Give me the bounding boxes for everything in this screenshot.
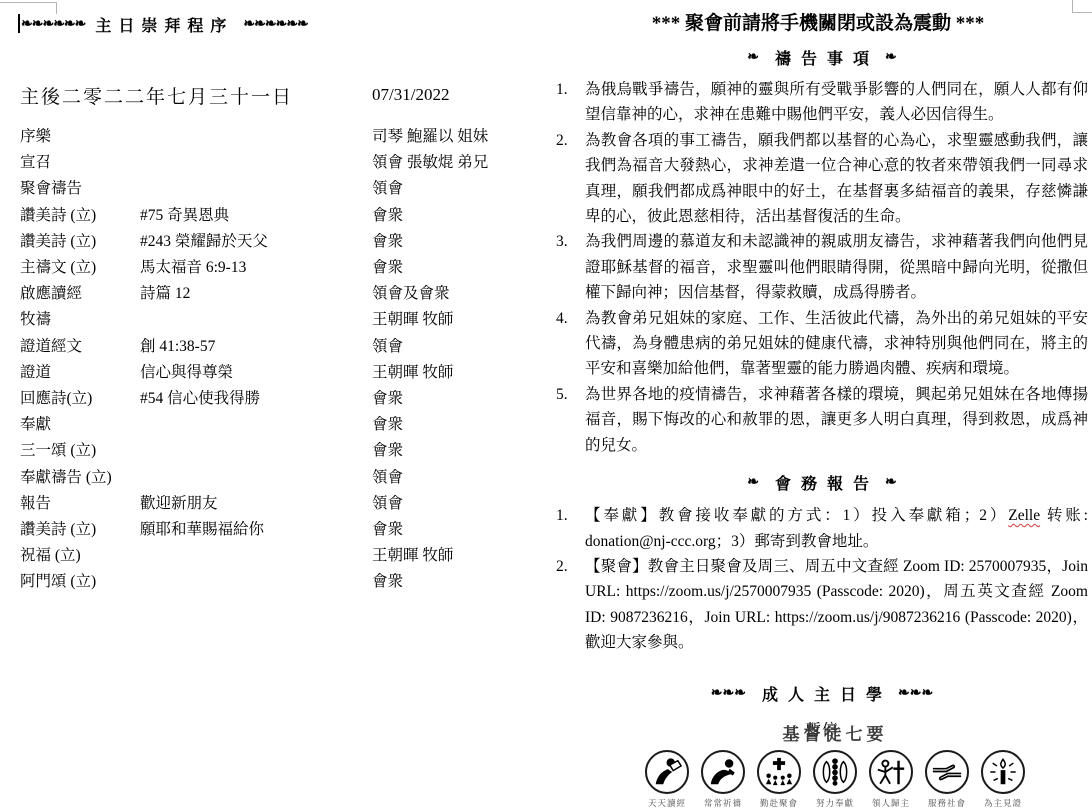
program-item-label: 奉獻禱告 (立): [20, 465, 140, 487]
prayer-item-number: 1.: [556, 77, 585, 128]
program-row: 讚美詩 (立) #243 榮耀歸於天父 會衆: [20, 227, 560, 253]
offering-text-pre: 【奉獻】教會接收奉獻的方式：1）投入奉獻箱；2）: [585, 507, 1008, 524]
program-row: 證道 信心與得尊榮 王朝暉 牧師: [20, 358, 560, 384]
right-column: ❧ 禱告事項 ❧ 1. 為俄烏戰爭禱告，願神的靈與所有受戰爭影響的人們同在，願人…: [556, 46, 1088, 740]
program-item-label: 證道: [20, 360, 140, 382]
program-item-role: 王朝暉 牧師: [372, 360, 560, 382]
prayer-item: 4. 為教會弟兄姐妹的家庭、工作、生活彼此代禱，為外出的弟兄姐妹的平安代禱，為身…: [556, 306, 1088, 382]
program-item-role: 會衆: [372, 517, 560, 539]
program-item-label: 序樂: [20, 124, 140, 146]
prayer-item-number: 5.: [556, 382, 585, 458]
sunday-school-title: 成人主日學: [762, 682, 892, 705]
program-item-label: 祝福 (立): [20, 543, 140, 565]
program-item-label: 讚美詩 (立): [20, 203, 140, 225]
seven-essentials-image: 基督徒七要 天天讀經 常常祈禱 勤赴聚會: [600, 720, 1070, 809]
program-item-label: 啟應讀經: [20, 281, 140, 303]
program-item-label: 回應詩(立): [20, 386, 140, 408]
date-western: 07/31/2022: [372, 85, 449, 105]
program-item-label: 讚美詩 (立): [20, 517, 140, 539]
program-item-detail: 詩篇 12: [140, 281, 372, 303]
zelle-word-spellcheck: Zelle: [1008, 507, 1040, 524]
essential-label: 天天讀經: [648, 797, 686, 809]
seven-essentials-title: 基督徒七要: [600, 720, 1070, 745]
program-item-label: 報告: [20, 491, 140, 513]
program-row: 證道經文 創 41:38-57 領會: [20, 332, 560, 358]
essential-label: 為主見證: [984, 797, 1022, 809]
program-item-role: 王朝暉 牧師: [372, 543, 560, 565]
program-item-label: 宣召: [20, 150, 140, 172]
program-item-role: 領會: [372, 465, 560, 487]
page-title: 主日崇拜程序: [95, 13, 233, 36]
prayer-item: 1. 為俄烏戰爭禱告，願神的靈與所有受戰爭影響的人們同在，願人人都有仰望信靠神的…: [556, 77, 1088, 128]
worship-program-table: 序樂 司琴 鮑羅以 姐妹 宣召 領會 張敏焜 弟兄 聚會禱告 領會 讚美詩 (立…: [20, 122, 560, 593]
program-item-label: 奉獻: [20, 412, 140, 434]
program-row: 宣召 領會 張敏焜 弟兄: [20, 148, 560, 174]
program-row: 序樂 司琴 鮑羅以 姐妹: [20, 122, 560, 148]
worship-program-header: ❧❧❧❧❧❧ 主日崇拜程序 ❧❧❧❧❧❧: [21, 13, 308, 36]
floral-ornament-icon: ❧: [885, 474, 897, 491]
program-item-label: 讚美詩 (立): [20, 229, 140, 251]
essential-label: 領人歸主: [872, 797, 910, 809]
program-row: 奉獻 會衆: [20, 410, 560, 436]
program-item-detail: 願耶和華賜福給你: [140, 517, 372, 539]
program-item-role: 會衆: [372, 386, 560, 408]
program-row: 三一頌 (立) 會衆: [20, 436, 560, 462]
prayer-item: 3. 為我們周邊的慕道友和未認識神的親戚朋友禱告，求神藉著我們向他們見證耶穌基督…: [556, 229, 1088, 305]
essential-constant-prayer: 常常祈禱: [699, 750, 747, 809]
program-item-label: 阿門頌 (立): [20, 569, 140, 591]
seven-essentials-icons-row: 天天讀經 常常祈禱 勤赴聚會 努力奉獻: [600, 750, 1070, 809]
program-item-role: 領會 張敏焜 弟兄: [372, 150, 560, 172]
scroll-ornament-icon: ❧❧❧❧❧❧: [21, 16, 85, 33]
floral-ornament-icon: ❧: [885, 49, 897, 66]
program-item-detail: 歡迎新朋友: [140, 491, 372, 513]
prayer-item-text: 為俄烏戰爭禱告，願神的靈與所有受戰爭影響的人們同在，願人人都有仰望信靠神的心，求…: [585, 77, 1088, 128]
loaves-fishes-icon: [813, 750, 857, 794]
floral-ornament-icon: ❧❧❧: [711, 685, 746, 702]
announcement-item-number: 1.: [556, 503, 585, 554]
program-item-label: 證道經文: [20, 334, 140, 356]
announcements-section-title: 會務報告: [775, 471, 879, 494]
program-item-role: 會衆: [372, 203, 560, 225]
prayer-items-list: 1. 為俄烏戰爭禱告，願神的靈與所有受戰爭影響的人們同在，願人人都有仰望信靠神的…: [556, 77, 1088, 458]
program-row: 主禱文 (立) 馬太福音 6:9-13 會衆: [20, 253, 560, 279]
program-item-role: 會衆: [372, 255, 560, 277]
announcement-item-text: 【聚會】教會主日聚會及周三、周五中文查經 Zoom ID: 2570007935…: [585, 554, 1088, 656]
program-item-detail: 馬太福音 6:9-13: [140, 255, 372, 277]
program-item-role: 領會: [372, 334, 560, 356]
essential-label: 勤赴聚會: [760, 797, 798, 809]
program-row: 祝福 (立) 王朝暉 牧師: [20, 541, 560, 567]
program-item-detail: 創 41:38-57: [140, 334, 372, 356]
program-row: 報告 歡迎新朋友 領會: [20, 489, 560, 515]
program-row: 讚美詩 (立) #75 奇異恩典 會衆: [20, 201, 560, 227]
program-item-detail: #75 奇異恩典: [140, 203, 372, 225]
kneeling-prayer-icon: [701, 750, 745, 794]
announcement-item-meetings: 2. 【聚會】教會主日聚會及周三、周五中文查經 Zoom ID: 2570007…: [556, 554, 1088, 656]
program-item-role: 領會及會衆: [372, 281, 560, 303]
essential-daily-bible-reading: 天天讀經: [643, 750, 691, 809]
program-item-role: 王朝暉 牧師: [372, 307, 560, 329]
essential-label: 常常祈禱: [704, 797, 742, 809]
program-item-label: 三一頌 (立): [20, 438, 140, 460]
program-row: 奉獻禱告 (立) 領會: [20, 462, 560, 488]
text-cursor-caret: [18, 14, 20, 33]
serving-hands-icon: [925, 750, 969, 794]
program-row: 牧禱 王朝暉 牧師: [20, 305, 560, 331]
program-item-role: 會衆: [372, 569, 560, 591]
prayer-item-text: 為我們周邊的慕道友和未認識神的親戚朋友禱告，求神藉著我們向他們見證耶穌基督的福音…: [585, 229, 1088, 305]
bulletin-page: ❧❧❧❧❧❧ 主日崇拜程序 ❧❧❧❧❧❧ *** 聚會前請將手機關閉或設為震動 …: [0, 0, 1092, 809]
essential-label: 服務社會: [928, 797, 966, 809]
date-chinese: 主後二零二二年七月三十一日: [20, 82, 293, 109]
program-row: 讚美詩 (立) 願耶和華賜福給你 會衆: [20, 515, 560, 541]
program-item-role: 領會: [372, 176, 560, 198]
program-item-role: 領會: [372, 491, 560, 513]
essential-witness-for-lord: 為主見證: [979, 750, 1027, 809]
essential-lead-people-to-lord: 領人歸主: [867, 750, 915, 809]
scroll-ornament-icon: ❧❧❧❧❧❧: [243, 16, 307, 33]
essential-serve-society: 服務社會: [923, 750, 971, 809]
program-item-role: 會衆: [372, 229, 560, 251]
program-row: 阿門頌 (立) 會衆: [20, 567, 560, 593]
program-item-detail: #54 信心使我得勝: [140, 386, 372, 408]
prayer-item-number: 4.: [556, 306, 585, 382]
floral-ornament-icon: ❧❧❧: [898, 685, 933, 702]
kneeling-reading-icon: [645, 750, 689, 794]
church-gathering-icon: [757, 750, 801, 794]
program-item-role: 會衆: [372, 438, 560, 460]
prayer-item-number: 2.: [556, 128, 585, 230]
program-item-label: 聚會禱告: [20, 176, 140, 198]
prayer-item-text: 為世界各地的疫情禱告，求神藉著各樣的環境，興起弟兄姐妹在各地傳揚福音，賜下悔改的…: [585, 382, 1088, 458]
program-item-role: 司琴 鮑羅以 姐妹: [372, 124, 560, 146]
essential-attend-meetings: 勤赴聚會: [755, 750, 803, 809]
prayer-item: 5. 為世界各地的疫情禱告，求神藉著各樣的環境，興起弟兄姐妹在各地傳揚福音，賜下…: [556, 382, 1088, 458]
sunday-school-heading: ❧❧❧ 成人主日學 ❧❧❧: [556, 682, 1088, 705]
program-row: 啟應讀經 詩篇 12 領會及會衆: [20, 279, 560, 305]
program-item-role: 會衆: [372, 412, 560, 434]
essential-label: 努力奉獻: [816, 797, 854, 809]
floral-ornament-icon: ❧: [747, 49, 759, 66]
program-item-detail: 信心與得尊榮: [140, 360, 372, 382]
announcements-section-heading: ❧ 會務報告 ❧: [556, 471, 1088, 494]
phone-silence-notice: *** 聚會前請將手機關閉或設為震動 ***: [548, 8, 1088, 35]
leading-to-cross-icon: [869, 750, 913, 794]
program-row: 聚會禱告 領會: [20, 174, 560, 200]
announcement-item-text: 【奉獻】教會接收奉獻的方式：1）投入奉獻箱；2）Zelle 转账: donati…: [585, 503, 1088, 554]
prayer-item-text: 為教會弟兄姐妹的家庭、工作、生活彼此代禱，為外出的弟兄姐妹的平安代禱，為身體患病…: [585, 306, 1088, 382]
prayer-item: 2. 為教會各項的事工禱告，願我們都以基督的心為心，求聖靈感動我們，讓我們為福音…: [556, 128, 1088, 230]
candle-witness-icon: [981, 750, 1025, 794]
announcements-list: 1. 【奉獻】教會接收奉獻的方式：1）投入奉獻箱；2）Zelle 转账: don…: [556, 503, 1088, 655]
program-row: 回應詩(立) #54 信心使我得勝 會衆: [20, 384, 560, 410]
prayer-item-number: 3.: [556, 229, 585, 305]
program-item-label: 主禱文 (立): [20, 255, 140, 277]
program-item-detail: #243 榮耀歸於天父: [140, 229, 372, 251]
prayer-section-title: 禱告事項: [775, 46, 879, 69]
announcement-item-offering: 1. 【奉獻】教會接收奉獻的方式：1）投入奉獻箱；2）Zelle 转账: don…: [556, 503, 1088, 554]
floral-ornament-icon: ❧: [747, 474, 759, 491]
essential-diligent-offering: 努力奉獻: [811, 750, 859, 809]
prayer-section-heading: ❧ 禱告事項 ❧: [556, 46, 1088, 69]
prayer-item-text: 為教會各項的事工禱告，願我們都以基督的心為心，求聖靈感動我們，讓我們為福音大發熱…: [585, 128, 1088, 230]
program-item-label: 牧禱: [20, 307, 140, 329]
announcement-item-number: 2.: [556, 554, 585, 656]
